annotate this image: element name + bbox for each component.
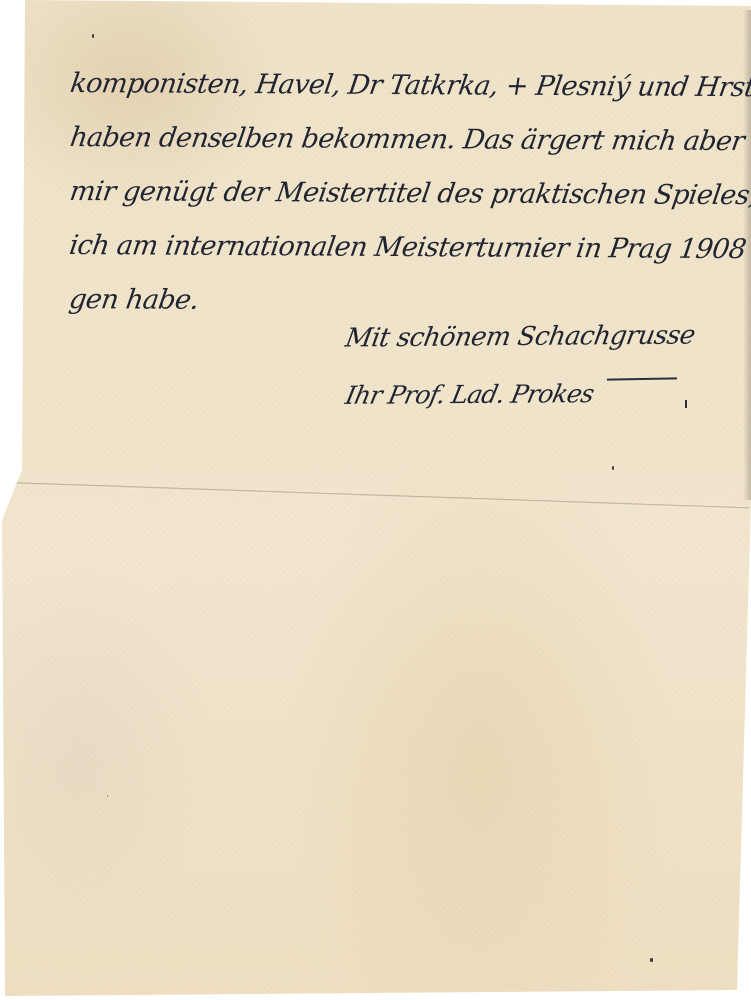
signature-mark: [685, 400, 687, 408]
paper-sheet: komponisten, Havel, Dr Tatkrka, + Plesni…: [0, 0, 751, 1000]
letter-line-3: mir genügt der Meistertitel des praktisc…: [65, 170, 751, 228]
scanned-page: komponisten, Havel, Dr Tatkrka, + Plesni…: [0, 0, 751, 1000]
letter-line-1: komponisten, Havel, Dr Tatkrka, + Plesni…: [66, 62, 751, 120]
paper-speck: [107, 795, 108, 797]
letter-closing: Mit schönem Schachgrusse: [343, 320, 697, 353]
paper-speck: [612, 466, 614, 470]
paper-speck: [92, 34, 94, 38]
letter-body: komponisten, Havel, Dr Tatkrka, + Plesni…: [68, 62, 751, 336]
paper-speck: [650, 958, 653, 962]
letter-signature: Ihr Prof. Lad. Prokes: [343, 379, 596, 410]
letter-line-4: ich am internationalen Meisterturnier in…: [65, 224, 751, 282]
letter-line-2: haben denselben bekommen. Das ärgert mic…: [66, 116, 751, 174]
